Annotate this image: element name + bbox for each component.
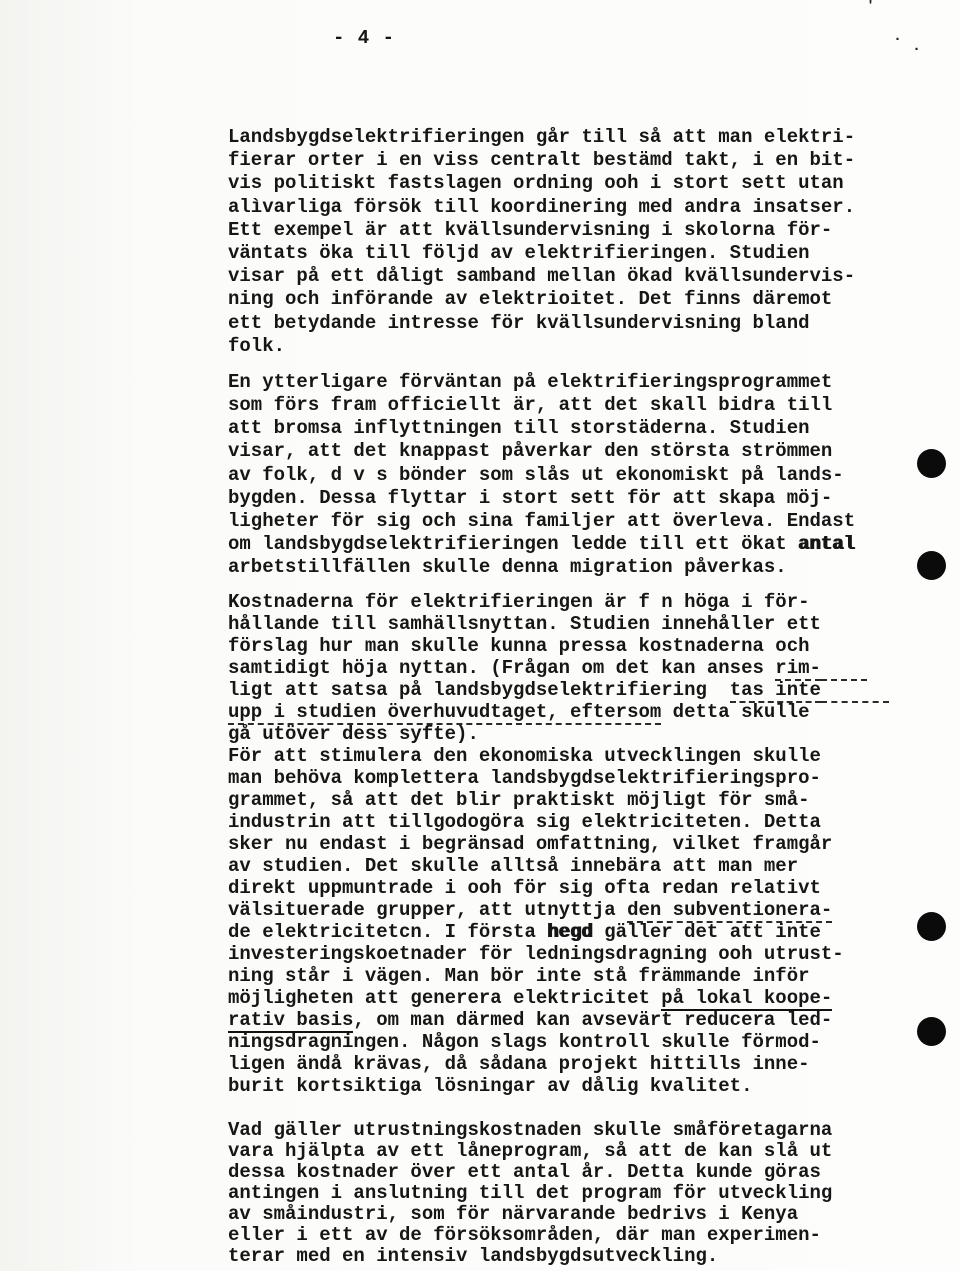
text-line: ning står i vägen. Man bör inte stå främ… [228, 965, 928, 987]
text-segment: sker nu endast i begränsad omfattning, v… [228, 833, 832, 855]
scan-speck: . [893, 28, 902, 45]
scanned-document-page: - 4 - ' . . Landsbygdselektrifieringen g… [0, 0, 960, 1271]
ink-blot [917, 551, 946, 580]
text-segment: bygden. Dessa flyttar i stort sett för a… [228, 487, 832, 509]
underlined-text: den subventionera- [627, 899, 832, 923]
text-line: Vad gäller utrustningskostnaden skulle s… [228, 1120, 928, 1141]
text-segment: folk. [228, 335, 285, 357]
text-segment: om landsbygdselektrifieringen ledde till… [228, 533, 798, 555]
text-segment: direkt uppmuntrade i ooh för sig ofta re… [228, 877, 821, 899]
text-segment: av folk, d v s bönder som slås ut ekonom… [228, 464, 844, 486]
text-segment: , om man därmed kan avsevärt reducera le… [353, 1009, 832, 1031]
text-line: visar, att det knappast påverkar den stö… [228, 440, 928, 463]
text-segment: ning står i vägen. Man bör inte stå främ… [228, 965, 810, 987]
text-segment: visar på ett dåligt samband mellan ökad … [228, 265, 855, 287]
underlined-text: på lokal koope- [661, 987, 832, 1011]
paragraph: Landsbygdselektrifieringen går till så a… [228, 126, 928, 358]
paragraph: En ytterligare förväntan på elektrifieri… [228, 371, 928, 580]
text-segment: visar, att det knappast påverkar den stö… [228, 440, 832, 462]
underlined-text: rim- [775, 657, 821, 681]
text-segment: hegd [547, 921, 593, 943]
scan-speck: ' [866, 0, 875, 15]
text-line: dessa kostnader över ett antal år. Detta… [228, 1162, 928, 1183]
text-line: av studien. Det skulle alltså innebära a… [228, 855, 928, 877]
text-segment: Ett exempel är att kvällsundervisning i … [228, 219, 832, 241]
text-segment: Kostnaderna för elektrifieringen är f n … [228, 591, 810, 613]
text-line: vara hjälpta av ett låneprogram, så att … [228, 1141, 928, 1162]
text-segment: förslag hur man skulle kunna pressa kost… [228, 635, 810, 657]
text-segment: väntats öka till följd av elektrifiering… [228, 242, 810, 264]
text-line: av folk, d v s bönder som slås ut ekonom… [228, 464, 928, 487]
text-segment: För att stimulera den ekonomiska utveckl… [228, 745, 821, 767]
text-line: möjligheten att generera elektricitet på… [228, 987, 928, 1009]
text-segment: hållande till samhällsnyttan. Studien in… [228, 613, 821, 635]
text-line: förslag hur man skulle kunna pressa kost… [228, 635, 928, 657]
text-line: En ytterligare förväntan på elektrifieri… [228, 371, 928, 394]
underlined-text: upp i studien överhuvudtaget, eftersom [228, 701, 661, 725]
text-line: terar med en intensiv landsbygdsutveckli… [228, 1246, 928, 1267]
text-line: grammet, så att det blir praktiskt möjli… [228, 789, 928, 811]
underlined-text [821, 679, 889, 703]
ink-blot [917, 912, 946, 941]
text-segment: gäller det att inte [593, 921, 821, 943]
text-line: industrin att tillgodogöra sig elektrici… [228, 811, 928, 833]
document-body: Landsbygdselektrifieringen går till så a… [228, 126, 928, 1267]
text-line: Ett exempel är att kvällsundervisning i … [228, 219, 928, 242]
text-segment: ningsdragningen. Någon slags kontroll sk… [228, 1031, 821, 1053]
text-line: eller i ett av de försöksområden, där ma… [228, 1225, 928, 1246]
text-line: visar på ett dåligt samband mellan ökad … [228, 265, 928, 288]
text-line: ligt att satsa på landsbygdselektrifieri… [228, 679, 928, 701]
text-line: sker nu endast i begränsad omfattning, v… [228, 833, 928, 855]
text-segment: Landsbygdselektrifieringen går till så a… [228, 126, 855, 148]
text-segment: ett betydande intresse för kvällsundervi… [228, 312, 810, 334]
text-line: rativ basis, om man därmed kan avsevärt … [228, 1009, 928, 1031]
text-segment: alìvarliga försök till koordinering med … [228, 196, 855, 218]
underlined-text [821, 657, 867, 681]
text-segment: dessa kostnader över ett antal år. Detta… [228, 1161, 821, 1183]
text-line: fierar orter i en viss centralt bestämd … [228, 149, 928, 172]
text-segment: antingen i anslutning till det program f… [228, 1182, 832, 1204]
text-segment: att bromsa inflyttningen till storstäder… [228, 417, 810, 439]
text-line: folk. [228, 335, 928, 358]
text-line: väntats öka till följd av elektrifiering… [228, 242, 928, 265]
text-segment: ligheter för sig och sina familjer att ö… [228, 510, 855, 532]
text-line: om landsbygdselektrifieringen ledde till… [228, 533, 928, 556]
text-line: bygden. Dessa flyttar i stort sett för a… [228, 487, 928, 510]
text-line: som förs fram officiellt är, att det ska… [228, 394, 928, 417]
text-line: vis politiskt fastslagen ordning ooh i s… [228, 172, 928, 195]
text-segment: Vad gäller utrustningskostnaden skulle s… [228, 1119, 832, 1141]
text-segment: terar med en intensiv landsbygdsutveckli… [228, 1245, 718, 1267]
text-segment: de elektricitetcn. I första [228, 921, 547, 943]
text-segment: man behöva komplettera landsbygdselektri… [228, 767, 821, 789]
text-line: alìvarliga försök till koordinering med … [228, 196, 928, 219]
underlined-text: tas inte [730, 679, 821, 703]
text-segment: vara hjälpta av ett låneprogram, så att … [228, 1140, 832, 1162]
page-number: - 4 - [333, 27, 395, 49]
text-segment: industrin att tillgodogöra sig elektrici… [228, 811, 821, 833]
text-segment: grammet, så att det blir praktiskt möjli… [228, 789, 810, 811]
text-segment: samtidigt höja nyttan. (Frågan om det ka… [228, 657, 775, 679]
text-line: Kostnaderna för elektrifieringen är f n … [228, 591, 928, 613]
text-line: ligen ändå krävas, då sådana projekt hit… [228, 1053, 928, 1075]
text-line: antingen i anslutning till det program f… [228, 1183, 928, 1204]
text-segment: burit kortsiktiga lösningar av dålig kva… [228, 1075, 753, 1097]
text-line: arbetstillfällen skulle denna migration … [228, 556, 928, 579]
text-segment: ligt att satsa på landsbygdselektrifieri… [228, 679, 730, 701]
scan-speck: . [912, 38, 921, 55]
text-segment: ning och införande av elektrioitet. Det … [228, 288, 832, 310]
text-segment: fierar orter i en viss centralt bestämd … [228, 149, 855, 171]
text-segment: detta skulle [661, 701, 809, 723]
text-line: gå utöver dess syfte). [228, 723, 928, 745]
ink-blot [917, 449, 946, 478]
text-segment: möjligheten att generera elektricitet [228, 987, 661, 1009]
text-segment: av småindustri, som för närvarande bedri… [228, 1203, 798, 1225]
text-segment: av studien. Det skulle alltså innebära a… [228, 855, 798, 877]
text-line: upp i studien överhuvudtaget, eftersom d… [228, 701, 928, 723]
text-segment: En ytterligare förväntan på elektrifieri… [228, 371, 832, 393]
text-line: Landsbygdselektrifieringen går till så a… [228, 126, 928, 149]
text-line: burit kortsiktiga lösningar av dålig kva… [228, 1075, 928, 1097]
text-line: de elektricitetcn. I första hegd gäller … [228, 921, 928, 943]
text-segment: arbetstillfällen skulle denna migration … [228, 556, 787, 578]
text-segment: ligen ändå krävas, då sådana projekt hit… [228, 1053, 810, 1075]
text-segment: gå utöver dess syfte). [228, 723, 479, 745]
text-line: välsituerade grupper, att utnyttja den s… [228, 899, 928, 921]
text-segment: som förs fram officiellt är, att det ska… [228, 394, 832, 416]
text-line: För att stimulera den ekonomiska utveckl… [228, 745, 928, 767]
text-line: ningsdragningen. Någon slags kontroll sk… [228, 1031, 928, 1053]
ink-blot [917, 1017, 946, 1046]
paragraph: Vad gäller utrustningskostnaden skulle s… [228, 1120, 928, 1267]
text-segment: antal [798, 533, 855, 555]
text-segment: vis politiskt fastslagen ordning ooh i s… [228, 172, 844, 194]
text-line: direkt uppmuntrade i ooh för sig ofta re… [228, 877, 928, 899]
text-segment: investeringskoetnader för ledningsdragni… [228, 943, 844, 965]
text-line: att bromsa inflyttningen till storstäder… [228, 417, 928, 440]
text-line: samtidigt höja nyttan. (Frågan om det ka… [228, 657, 928, 679]
paragraph: Kostnaderna för elektrifieringen är f n … [228, 591, 928, 1097]
text-line: hållande till samhällsnyttan. Studien in… [228, 613, 928, 635]
text-line: ning och införande av elektrioitet. Det … [228, 288, 928, 311]
text-segment: välsituerade grupper, att utnyttja [228, 899, 627, 921]
underlined-text: rativ basis [228, 1009, 353, 1033]
text-line: av småindustri, som för närvarande bedri… [228, 1204, 928, 1225]
text-line: investeringskoetnader för ledningsdragni… [228, 943, 928, 965]
text-segment: eller i ett av de försöksområden, där ma… [228, 1224, 821, 1246]
text-line: ett betydande intresse för kvällsundervi… [228, 312, 928, 335]
text-line: man behöva komplettera landsbygdselektri… [228, 767, 928, 789]
text-line: ligheter för sig och sina familjer att ö… [228, 510, 928, 533]
